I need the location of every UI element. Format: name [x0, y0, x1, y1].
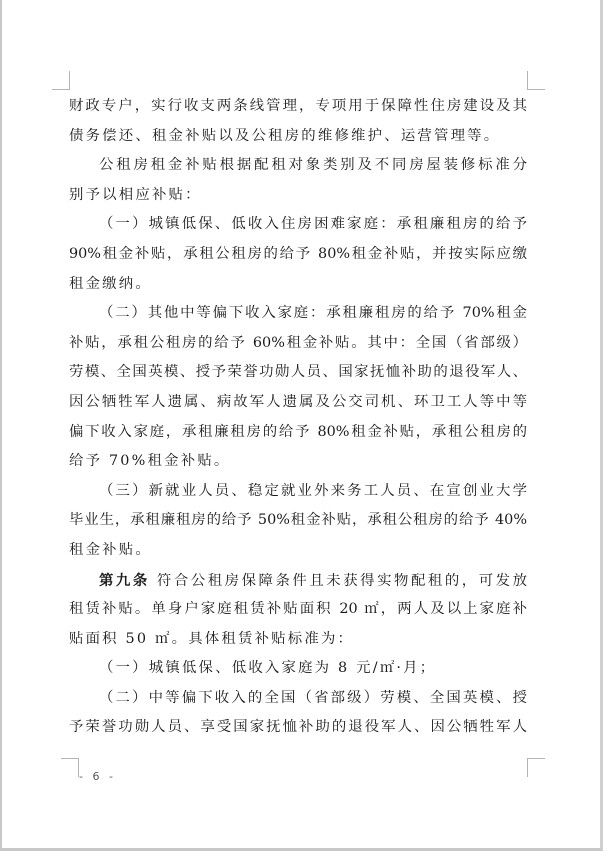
line-text: 别予以相应补贴：	[69, 187, 202, 203]
text-line: （二）其他中等偏下收入家庭：承租廉租房的给予 70%租金	[69, 299, 527, 329]
line-text: 债务偿还、租金补贴以及公租房的维修维护、运营管理等。	[69, 128, 500, 144]
article-heading: 第九条	[99, 572, 150, 589]
text-line: （二）中等偏下收入的全国（省部级）劳模、全国英模、授	[69, 684, 527, 714]
text-line: 予荣誉功勋人员、享受国家抚恤补助的退役军人、因公牺牲军人	[69, 713, 527, 743]
text-line: 别予以相应补贴：	[69, 181, 527, 211]
text-line: 劳模、全国英模、授予荣誉功勋人员、国家抚恤补助的退役军人、	[69, 358, 527, 388]
crop-mark-top-left	[52, 71, 70, 90]
line-text: 90%租金补贴，承租公租房的给予 80%租金补贴，并按实际应缴	[69, 246, 527, 262]
crop-mark-bottom-left	[61, 758, 79, 777]
line-text: 租赁补贴。单身户家庭租赁补贴面积 20 ㎡，两人及以上家庭补	[69, 601, 527, 617]
text-line: 补贴，承租公租房的给予 60%租金补贴。其中：全国（省部级）	[69, 329, 527, 359]
text-line: 毕业生，承租廉租房的给予 50%租金补贴，承租公租房的给予 40%	[69, 506, 527, 536]
text-line: 第九条 符合公租房保障条件且未获得实物配租的，可发放	[69, 566, 527, 596]
page-number: - 6 -	[79, 770, 116, 783]
line-text: 租金补贴。	[69, 542, 152, 558]
text-line: 租金补贴。	[69, 536, 527, 566]
crop-mark-top-right	[527, 71, 545, 90]
document-body: 财政专户，实行收支两条线管理，专项用于保障性住房建设及其债务偿还、租金补贴以及公…	[69, 92, 527, 743]
text-line: 偏下收入家庭，承租廉租房的给予 80%租金补贴，承租公租房的	[69, 418, 527, 448]
crop-mark-bottom-right	[527, 758, 545, 777]
line-text: 符合公租房保障条件且未获得实物配租的，可发放	[150, 573, 527, 589]
text-line: 租赁补贴。单身户家庭租赁补贴面积 20 ㎡，两人及以上家庭补	[69, 595, 527, 625]
text-line: 债务偿还、租金补贴以及公租房的维修维护、运营管理等。	[69, 122, 527, 152]
line-text: 补贴，承租公租房的给予 60%租金补贴。其中：全国（省部级）	[69, 335, 527, 351]
line-text: 因公牺牲军人遗属、病故军人遗属及公交司机、环卫工人等中等	[69, 394, 527, 410]
text-line: 因公牺牲军人遗属、病故军人遗属及公交司机、环卫工人等中等	[69, 388, 527, 418]
text-line: （一）城镇低保、低收入家庭为 8 元/㎡·月；	[69, 654, 527, 684]
text-line: 公租房租金补贴根据配租对象类别及不同房屋装修标准分	[69, 151, 527, 181]
text-line: 租金缴纳。	[69, 270, 527, 300]
line-text: （二）中等偏下收入的全国（省部级）劳模、全国英模、授	[99, 690, 527, 706]
text-line: 贴面积 50 ㎡。具体租赁补贴标准为：	[69, 625, 527, 655]
line-text: （二）其他中等偏下收入家庭：承租廉租房的给予 70%租金	[99, 305, 527, 321]
line-text: 予荣誉功勋人员、享受国家抚恤补助的退役军人、因公牺牲军人	[69, 719, 527, 735]
line-text: 偏下收入家庭，承租廉租房的给予 80%租金补贴，承租公租房的	[69, 424, 527, 440]
line-text: 给予 70%租金补贴。	[69, 453, 231, 469]
line-text: 毕业生，承租廉租房的给予 50%租金补贴，承租公租房的给予 40%	[69, 512, 527, 528]
line-text: （一）城镇低保、低收入家庭为 8 元/㎡·月；	[99, 660, 436, 676]
text-line: 财政专户，实行收支两条线管理，专项用于保障性住房建设及其	[69, 92, 527, 122]
line-text: 租金缴纳。	[69, 276, 152, 292]
text-line: （三）新就业人员、稳定就业外来务工人员、在宣创业大学	[69, 477, 527, 507]
text-line: 给予 70%租金补贴。	[69, 447, 527, 477]
line-text: 劳模、全国英模、授予荣誉功勋人员、国家抚恤补助的退役军人、	[69, 364, 527, 380]
line-text: 公租房租金补贴根据配租对象类别及不同房屋装修标准分	[99, 157, 527, 173]
text-line: （一）城镇低保、低收入住房困难家庭：承租廉租房的给予	[69, 210, 527, 240]
text-line: 90%租金补贴，承租公租房的给予 80%租金补贴，并按实际应缴	[69, 240, 527, 270]
line-text: 贴面积 50 ㎡。具体租赁补贴标准为：	[69, 631, 354, 647]
line-text: 财政专户，实行收支两条线管理，专项用于保障性住房建设及其	[69, 98, 527, 114]
line-text: （一）城镇低保、低收入住房困难家庭：承租廉租房的给予	[99, 216, 527, 232]
line-text: （三）新就业人员、稳定就业外来务工人员、在宣创业大学	[99, 483, 527, 499]
